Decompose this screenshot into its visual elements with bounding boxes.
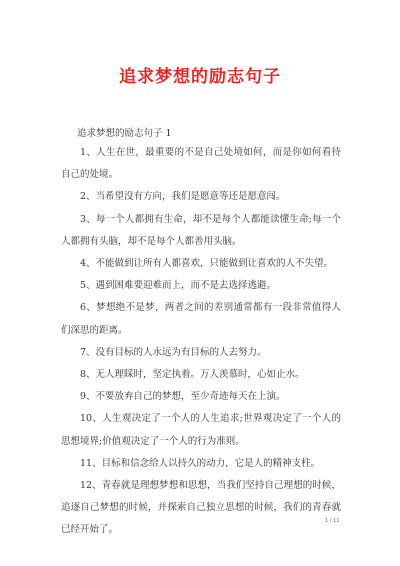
document-page: 追求梦想的励志句子 追求梦想的励志句子 1 1、人生在世，最重要的不是自己处境如…: [0, 0, 400, 566]
paragraph: 7、没有目标的人永远为有目标的人去努力。: [61, 342, 341, 364]
paragraph: 4、不能做到让所有人都喜欢，只能做到让喜欢的人不失望。: [61, 253, 341, 275]
document-body: 1、人生在世，最重要的不是自己处境如何，而是你如何看待自己的处境。 2、当希望没…: [61, 142, 341, 542]
paragraph: 5、遇到困难要迎难而上，而不是去选择逃避。: [61, 275, 341, 297]
page-number: 1 / 11: [325, 518, 339, 524]
paragraph: 11、目标和信念给人以持久的动力，它是人的精神支柱。: [61, 453, 341, 475]
paragraph: 1、人生在世，最重要的不是自己处境如何，而是你如何看待自己的处境。: [61, 142, 341, 186]
paragraph: 10、人生观决定了一个人的人生追求;世界观决定了一个人的思想境界;价值观决定了一…: [61, 408, 341, 452]
paragraph: 3、每一个人都拥有生命，却不是每个人都能读懂生命;每一个人都拥有头脑，却不是每个…: [61, 209, 341, 253]
paragraph: 9、不要放弃自己的梦想，至少奇迹每天在上演。: [61, 386, 341, 408]
paragraph: 8、无人理睬时，坚定执着。万人羡慕时，心如止水。: [61, 364, 341, 386]
document-title: 追求梦想的励志句子: [0, 62, 400, 87]
paragraph: 6、梦想绝不是梦，两者之间的差别通常都有一段非常值得人们深思的距离。: [61, 297, 341, 341]
paragraph: 12、青春就是理想梦想和思想，当我们坚持自己理想的时候，追逐自己梦想的时候，并探…: [61, 475, 341, 542]
paragraph: 2、当希望没有方向，我们是愿意等还是愿意闯。: [61, 186, 341, 208]
document-subtitle: 追求梦想的励志句子 1: [77, 125, 172, 139]
